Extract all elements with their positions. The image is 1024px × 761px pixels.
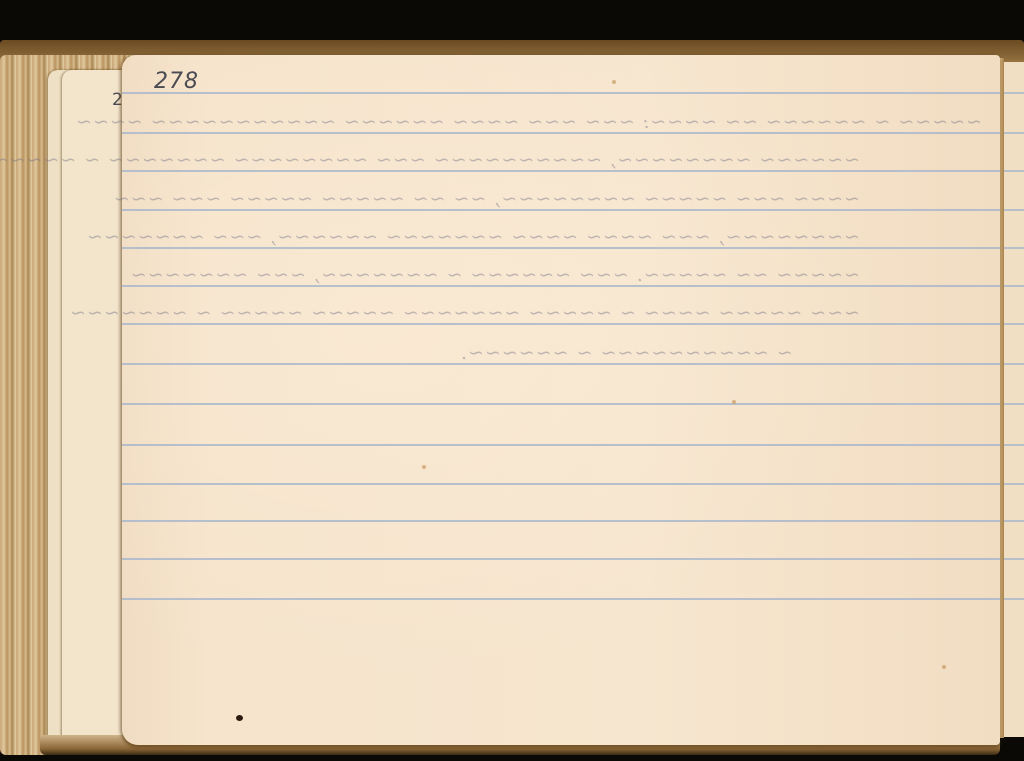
ruled-line — [1004, 444, 1024, 446]
right-page-sliver — [1004, 62, 1024, 737]
bleed-through-line: ~~~~~~ ~~~~~~~~, ~~~~~~~~~~ ~~~ ~~~~~~~~… — [140, 149, 860, 171]
ruled-line — [1004, 285, 1024, 287]
ruled-line — [1004, 363, 1024, 365]
ruled-line — [122, 558, 1000, 560]
ruled-line — [1004, 323, 1024, 325]
ruled-line — [122, 403, 1000, 405]
bleed-through-line: ~~~ ~~~~~ ~~~~ ~ ~~~~~ ~~~~~~~ ~~~~~ ~~~… — [140, 302, 860, 324]
bleed-through-line: ~~~~~ ~~ ~~~~~. ~~~ ~~~~~~ ~ ~~~~~~~, ~~… — [140, 264, 860, 286]
paper-speck — [422, 465, 426, 469]
notebook-photo: 2 278 ~~~~~ ~ ~~~~~~ ~~ ~~~~: ~~~ ~~~ ~~… — [0, 0, 1024, 761]
ruled-line — [122, 444, 1000, 446]
paper-speck — [612, 80, 616, 84]
bleed-through-line: ~~~~ ~~~ ~~~~~ ~~~~~~~~, ~~ ~~ ~~~~~ ~~~… — [140, 188, 860, 210]
ruled-line — [1004, 598, 1024, 600]
ruled-line — [122, 483, 1000, 485]
ruled-line — [1004, 403, 1024, 405]
ruled-line — [1004, 170, 1024, 172]
ruled-line — [1004, 132, 1024, 134]
ruled-line — [122, 92, 1000, 94]
ruled-line — [1004, 483, 1024, 485]
paper-speck — [942, 665, 946, 669]
notebook-page: 278 ~~~~~ ~ ~~~~~~ ~~ ~~~~: ~~~ ~~~ ~~~~… — [122, 55, 1000, 745]
ruled-line — [122, 520, 1000, 522]
page-number: 278 — [154, 69, 199, 94]
ruled-line — [122, 598, 1000, 600]
bleed-through-line: ~~~~~~~~, ~~~ ~~~~ ~~~~ ~~~~~~~ ~~~~~~, … — [140, 226, 860, 248]
bleed-through-line: ~~~~~ ~ ~~~~~~ ~~ ~~~~: ~~~ ~~~ ~~~~ ~~~… — [142, 111, 982, 133]
ruled-line — [1004, 247, 1024, 249]
ruled-line — [1004, 520, 1024, 522]
bleed-through-line: ~ ~~~~~~~~~~ ~ ~~~~~~. — [460, 342, 860, 364]
ruled-line — [1004, 92, 1024, 94]
ruled-line — [1004, 558, 1024, 560]
ruled-line — [1004, 209, 1024, 211]
paper-speck — [732, 400, 736, 404]
paper-hole — [236, 715, 243, 721]
